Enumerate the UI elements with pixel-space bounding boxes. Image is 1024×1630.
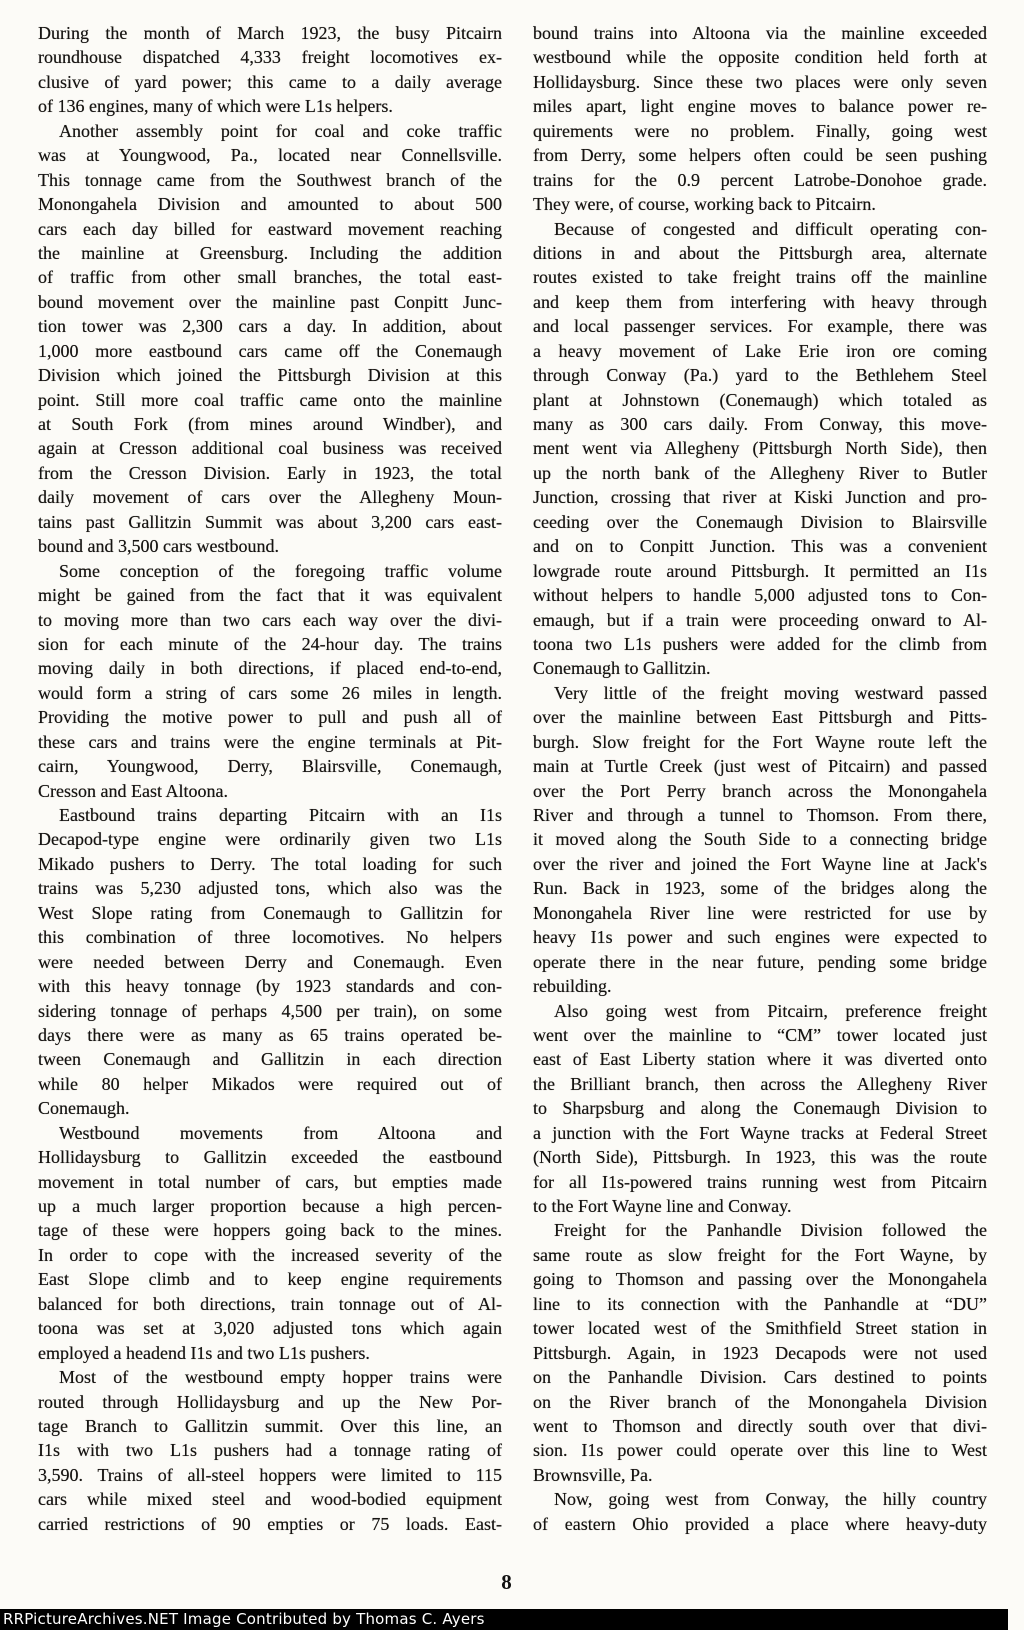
text-line: a heavy movement of Lake Erie iron ore c… [533, 339, 987, 363]
text-line: would form a string of cars some 26 mile… [38, 681, 502, 705]
text-line: sion. I1s power could operate over this … [533, 1438, 987, 1462]
text-line: bound and 3,500 cars westbound. [38, 534, 502, 558]
text-line: this combination of three locomotives. N… [38, 925, 502, 949]
text-line: roundhouse dispatched 4,333 freight loco… [38, 45, 502, 69]
text-line: Providing the motive power to pull and p… [38, 705, 502, 729]
paragraph: Now, going west from Conway, the hilly c… [533, 1487, 987, 1536]
text-line: a junction with the Fort Wayne tracks at… [533, 1121, 987, 1145]
text-line: bound movement over the mainline past Co… [38, 290, 502, 314]
text-line: it moved along the South Side to a conne… [533, 827, 987, 851]
text-line: to the Fort Wayne line and Conway. [533, 1194, 987, 1218]
text-line: and local passenger services. For exampl… [533, 314, 987, 338]
text-line: routes existed to take freight trains of… [533, 265, 987, 289]
text-line: from the Cresson Division. Early in 1923… [38, 461, 502, 485]
text-line: same route as slow freight for the Fort … [533, 1243, 987, 1267]
text-line: the Brilliant branch, then across the Al… [533, 1072, 987, 1096]
text-line: River and through a tunnel to Thomson. F… [533, 803, 987, 827]
text-line: tion tower was 2,300 cars a day. In addi… [38, 314, 502, 338]
text-line: up the north bank of the Allegheny River… [533, 461, 987, 485]
text-line: trains was 5,230 adjusted tons, which al… [38, 876, 502, 900]
text-line: Conemaugh. [38, 1096, 502, 1120]
text-line: West Slope rating from Conemaugh to Gall… [38, 901, 502, 925]
paragraph: Westbound movements from Altoona andHoll… [38, 1121, 502, 1365]
text-line: going to Thomson and passing over the Mo… [533, 1267, 987, 1291]
text-line: daily movement of cars over the Alleghen… [38, 485, 502, 509]
text-line: operate there in the near future, pendin… [533, 950, 987, 974]
text-line: Pittsburgh. Again, in 1923 Decapods were… [533, 1341, 987, 1365]
text-line: moving daily in both directions, if plac… [38, 656, 502, 680]
text-line: movement in total number of cars, but em… [38, 1170, 502, 1194]
text-line: to Sharpsburg and along the Conemaugh Di… [533, 1096, 987, 1120]
text-line: Decapod-type engine were ordinarily give… [38, 827, 502, 851]
text-line: During the month of March 1923, the busy… [38, 21, 502, 45]
text-column-left: During the month of March 1923, the busy… [38, 21, 502, 1536]
text-line: of 136 engines, many of which were L1s h… [38, 94, 502, 118]
text-line: westbound while the opposite condition h… [533, 45, 987, 69]
text-line: lowgrade route around Pittsburgh. It per… [533, 559, 987, 583]
paragraph: Also going west from Pitcairn, preferenc… [533, 999, 987, 1219]
text-line: at South Fork (from mines around Windber… [38, 412, 502, 436]
text-line: 3,590. Trains of all-steel hoppers were … [38, 1463, 502, 1487]
text-line: cars while mixed steel and wood-bodied e… [38, 1487, 502, 1511]
text-line: Westbound movements from Altoona and [38, 1121, 502, 1145]
text-line: Another assembly point for coal and coke… [38, 119, 502, 143]
text-line: Conemaugh to Gallitzin. [533, 656, 987, 680]
text-line: point. Still more coal traffic came onto… [38, 388, 502, 412]
text-line: were needed between Derry and Conemaugh.… [38, 950, 502, 974]
text-line: with this heavy tonnage (by 1923 standar… [38, 974, 502, 998]
paragraph: Another assembly point for coal and coke… [38, 119, 502, 559]
text-line: of traffic from other small branches, th… [38, 265, 502, 289]
text-line: the mainline at Greensburg. Including th… [38, 241, 502, 265]
text-line: east of East Liberty station where it wa… [533, 1047, 987, 1071]
text-line: Monongahela Division and amounted to abo… [38, 192, 502, 216]
text-line: on the Panhandle Division. Cars destined… [533, 1365, 987, 1389]
text-line: miles apart, light engine moves to balan… [533, 94, 987, 118]
text-line: Hollidaysburg. Since these two places we… [533, 70, 987, 94]
paragraph: Because of congested and difficult opera… [533, 217, 987, 681]
text-line: Eastbound trains departing Pitcairn with… [38, 803, 502, 827]
text-line: these cars and trains were the engine te… [38, 730, 502, 754]
text-line: emaugh, but if a train were proceeding o… [533, 608, 987, 632]
watermark-footer-bar: RRPictureArchives.NET Image Contributed … [0, 1609, 1008, 1630]
text-line: line to its connection with the Panhandl… [533, 1292, 987, 1316]
text-line: Freight for the Panhandle Division follo… [533, 1218, 987, 1242]
text-line: Monongahela River line were restricted f… [533, 901, 987, 925]
text-line: cars each day billed for eastward moveme… [38, 217, 502, 241]
text-line: of eastern Ohio provided a place where h… [533, 1512, 987, 1536]
text-line: ceeding over the Conemaugh Division to B… [533, 510, 987, 534]
text-line: Now, going west from Conway, the hilly c… [533, 1487, 987, 1511]
text-line: sidering tonnage of perhaps 4,500 per tr… [38, 999, 502, 1023]
text-line: without helpers to handle 5,000 adjusted… [533, 583, 987, 607]
text-line: and keep them from interfering with heav… [533, 290, 987, 314]
text-line: Hollidaysburg to Gallitzin exceeded the … [38, 1145, 502, 1169]
text-line: In order to cope with the increased seve… [38, 1243, 502, 1267]
text-line: up a much larger proportion because a hi… [38, 1194, 502, 1218]
text-line: tween Conemaugh and Gallitzin in each di… [38, 1047, 502, 1071]
text-line: days there were as many as 65 trains ope… [38, 1023, 502, 1047]
text-line: Mikado pushers to Derry. The total loadi… [38, 852, 502, 876]
text-line: over the river and joined the Fort Wayne… [533, 852, 987, 876]
text-line: on the River branch of the Monongahela D… [533, 1390, 987, 1414]
paragraph: Very little of the freight moving westwa… [533, 681, 987, 999]
text-line: quirements were no problem. Finally, goi… [533, 119, 987, 143]
text-line: ditions in and about the Pittsburgh area… [533, 241, 987, 265]
text-line: from Derry, some helpers often could be … [533, 143, 987, 167]
text-line: tower located west of the Smithfield Str… [533, 1316, 987, 1340]
text-line: employed a headend I1s and two L1s pushe… [38, 1341, 502, 1365]
text-line: They were, of course, working back to Pi… [533, 192, 987, 216]
text-line: plant at Johnstown (Conemaugh) which tot… [533, 388, 987, 412]
paragraph: During the month of March 1923, the busy… [38, 21, 502, 119]
text-line: was at Youngwood, Pa., located near Conn… [38, 143, 502, 167]
paragraph: Most of the westbound empty hopper train… [38, 1365, 502, 1536]
text-line: carried restrictions of 90 empties or 75… [38, 1512, 502, 1536]
text-line: Cresson and East Altoona. [38, 779, 502, 803]
paragraph: Some conception of the foregoing traffic… [38, 559, 502, 803]
text-line: rebuilding. [533, 974, 987, 998]
text-line: routed through Hollidaysburg and up the … [38, 1390, 502, 1414]
text-line: main at Turtle Creek (just west of Pitca… [533, 754, 987, 778]
text-line: tage of these were hoppers going back to… [38, 1218, 502, 1242]
text-line: through Conway (Pa.) yard to the Bethleh… [533, 363, 987, 387]
text-line: toona was set at 3,020 adjusted tons whi… [38, 1316, 502, 1340]
text-line: Run. Back in 1923, some of the bridges a… [533, 876, 987, 900]
paragraph: Eastbound trains departing Pitcairn with… [38, 803, 502, 1121]
text-line: heavy I1s power and such engines were ex… [533, 925, 987, 949]
text-line: balanced for both directions, train tonn… [38, 1292, 502, 1316]
text-line: (North Side), Pittsburgh. In 1923, this … [533, 1145, 987, 1169]
text-line: bound trains into Altoona via the mainli… [533, 21, 987, 45]
text-line: over the Port Perry branch across the Mo… [533, 779, 987, 803]
text-line: Some conception of the foregoing traffic… [38, 559, 502, 583]
text-line: trains for the 0.9 percent Latrobe-Donoh… [533, 168, 987, 192]
text-line: tage Branch to Gallitzin summit. Over th… [38, 1414, 502, 1438]
text-line: Junction, crossing that river at Kiski J… [533, 485, 987, 509]
page-number: 8 [0, 1570, 1013, 1595]
text-line: Very little of the freight moving westwa… [533, 681, 987, 705]
text-line: toona two L1s pushers were added for the… [533, 632, 987, 656]
text-line: for all I1s-powered trains running west … [533, 1170, 987, 1194]
text-line: while 80 helper Mikados were required ou… [38, 1072, 502, 1096]
paragraph: bound trains into Altoona via the mainli… [533, 21, 987, 217]
text-line: over the mainline between East Pittsburg… [533, 705, 987, 729]
text-line: many as 300 cars daily. From Conway, thi… [533, 412, 987, 436]
text-line: might be gained from the fact that it wa… [38, 583, 502, 607]
text-line: Also going west from Pitcairn, preferenc… [533, 999, 987, 1023]
text-line: again at Cresson additional coal busines… [38, 436, 502, 460]
text-line: clusive of yard power; this came to a da… [38, 70, 502, 94]
text-line: burgh. Slow freight for the Fort Wayne r… [533, 730, 987, 754]
text-line: tains past Gallitzin Summit was about 3,… [38, 510, 502, 534]
text-line: Division which joined the Pittsburgh Div… [38, 363, 502, 387]
watermark-text: RRPictureArchives.NET Image Contributed … [0, 1609, 485, 1630]
text-line: ment went via Allegheny (Pittsburgh Nort… [533, 436, 987, 460]
scanned-book-page: During the month of March 1923, the busy… [0, 0, 1024, 1630]
text-line: Most of the westbound empty hopper train… [38, 1365, 502, 1389]
text-line: I1s with two L1s pushers had a tonnage r… [38, 1438, 502, 1462]
text-column-right: bound trains into Altoona via the mainli… [533, 21, 987, 1536]
text-line: went to Thomson and directly south over … [533, 1414, 987, 1438]
text-line: 1,000 more eastbound cars came off the C… [38, 339, 502, 363]
text-line: to moving more than two cars each way ov… [38, 608, 502, 632]
text-line: East Slope climb and to keep engine requ… [38, 1267, 502, 1291]
text-line: This tonnage came from the Southwest bra… [38, 168, 502, 192]
text-line: Because of congested and difficult opera… [533, 217, 987, 241]
paragraph: Freight for the Panhandle Division follo… [533, 1218, 987, 1487]
text-line: Brownsville, Pa. [533, 1463, 987, 1487]
text-line: and on to Conpitt Junction. This was a c… [533, 534, 987, 558]
text-line: cairn, Youngwood, Derry, Blairsville, Co… [38, 754, 502, 778]
text-line: went over the mainline to “CM” tower loc… [533, 1023, 987, 1047]
text-line: sion for each minute of the 24-hour day.… [38, 632, 502, 656]
